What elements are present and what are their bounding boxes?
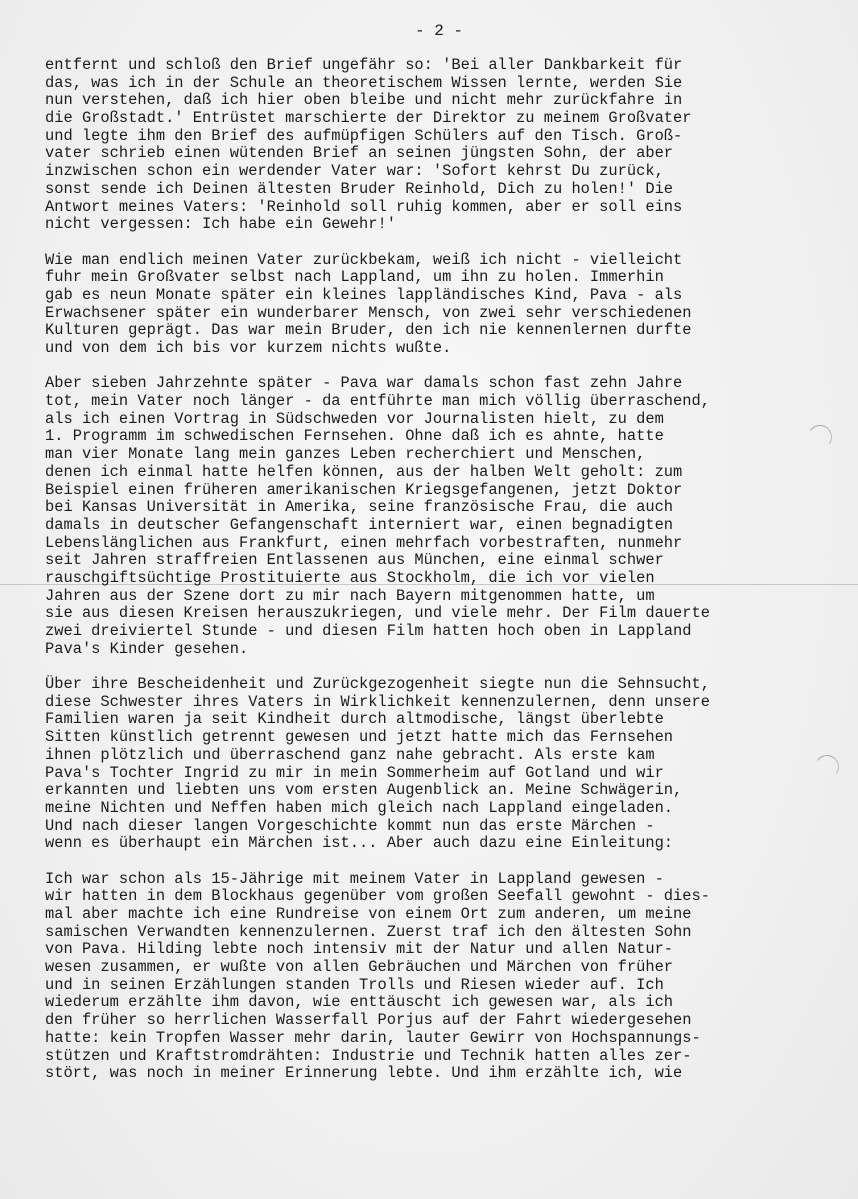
text-line: Erwachsener später ein wunderbarer Mensc… [45,305,845,323]
text-line: seit Jahren straffreien Entlassenen aus … [45,552,845,570]
text-line: wiederum erzählte ihm davon, wie enttäus… [45,994,845,1012]
text-line: gab es neun Monate später ein kleines la… [45,287,845,305]
text-line: entfernt und schloß den Brief ungefähr s… [45,57,845,75]
text-line: fuhr mein Großvater selbst nach Lappland… [45,269,845,287]
text-line: Sitten künstlich getrennt gewesen und je… [45,729,845,747]
text-line: hatte: kein Tropfen Wasser mehr darin, l… [45,1030,845,1048]
text-line: als ich einen Vortrag in Südschweden vor… [45,411,845,429]
text-line: rauschgiftsüchtige Prostituierte aus Sto… [45,570,845,588]
text-line: mal aber machte ich eine Rundreise von e… [45,906,845,924]
text-line: von Pava. Hilding lebte noch intensiv mi… [45,941,845,959]
text-line: inzwischen schon ein werdender Vater war… [45,163,845,181]
text-line: Antwort meines Vaters: 'Reinhold soll ru… [45,199,845,217]
text-line: denen ich einmal hatte helfen können, au… [45,464,845,482]
paragraph: Über ihre Bescheidenheit und Zurückgezog… [45,676,845,853]
text-line: und legte ihm den Brief des aufmüpfigen … [45,128,845,146]
document-body: entfernt und schloß den Brief ungefähr s… [45,57,845,1101]
text-line: samischen Verwandten kennenzulernen. Zue… [45,924,845,942]
text-line: Familien waren ja seit Kindheit durch al… [45,711,845,729]
document-page: - 2 - entfernt und schloß den Brief unge… [0,0,858,1199]
text-line: wir hatten in dem Blockhaus gegenüber vo… [45,888,845,906]
text-line: erkannten und liebten uns vom ersten Aug… [45,782,845,800]
text-line: man vier Monate lang mein ganzes Leben r… [45,446,845,464]
text-line: sonst sende ich Deinen ältesten Bruder R… [45,181,845,199]
text-line: Beispiel einen früheren amerikanischen K… [45,482,845,500]
text-line: Kulturen geprägt. Das war mein Bruder, d… [45,322,845,340]
text-line: die Großstadt.' Entrüstet marschierte de… [45,110,845,128]
text-line: Und nach dieser langen Vorgeschichte kom… [45,818,845,836]
text-line: 1. Programm im schwedischen Fernsehen. O… [45,428,845,446]
paragraph: entfernt und schloß den Brief ungefähr s… [45,57,845,234]
text-line: nicht vergessen: Ich habe ein Gewehr!' [45,216,845,234]
text-line: stört, was noch in meiner Erinnerung leb… [45,1065,845,1083]
text-line: wesen zusammen, er wußte von allen Gebrä… [45,959,845,977]
text-line: Wie man endlich meinen Vater zurückbekam… [45,252,845,270]
paragraph: Aber sieben Jahrzehnte später - Pava war… [45,375,845,658]
text-line: zwei dreiviertel Stunde - und diesen Fil… [45,623,845,641]
text-line: Aber sieben Jahrzehnte später - Pava war… [45,375,845,393]
page-number: - 2 - [0,22,858,40]
text-line: sie aus diesen Kreisen herauszukriegen, … [45,605,845,623]
text-line: ihnen plötzlich und überraschend ganz na… [45,747,845,765]
text-line: den früher so herrlichen Wasserfall Porj… [45,1012,845,1030]
paragraph: Wie man endlich meinen Vater zurückbekam… [45,252,845,358]
text-line: stützen und Kraftstromdrähten: Industrie… [45,1048,845,1066]
text-line: und von dem ich bis vor kurzem nichts wu… [45,340,845,358]
text-line: bei Kansas Universität in Amerika, seine… [45,499,845,517]
text-line: Lebenslänglichen aus Frankfurt, einen me… [45,535,845,553]
text-line: wenn es überhaupt ein Märchen ist... Abe… [45,835,845,853]
paragraph: Ich war schon als 15-Jährige mit meinem … [45,871,845,1083]
text-line: Pava's Tochter Ingrid zu mir in mein Som… [45,765,845,783]
text-line: Pava's Kinder gesehen. [45,641,845,659]
text-line: und in seinen Erzählungen standen Trolls… [45,977,845,995]
text-line: tot, mein Vater noch länger - da entführ… [45,393,845,411]
text-line: Ich war schon als 15-Jährige mit meinem … [45,871,845,889]
text-line: das, was ich in der Schule an theoretisc… [45,75,845,93]
text-line: nun verstehen, daß ich hier oben bleibe … [45,92,845,110]
text-line: damals in deutscher Gefangenschaft inter… [45,517,845,535]
text-line: Jahren aus der Szene dort zu mir nach Ba… [45,588,845,606]
text-line: diese Schwester ihres Vaters in Wirklich… [45,694,845,712]
text-line: meine Nichten und Neffen haben mich glei… [45,800,845,818]
text-line: Über ihre Bescheidenheit und Zurückgezog… [45,676,845,694]
text-line: vater schrieb einen wütenden Brief an se… [45,145,845,163]
